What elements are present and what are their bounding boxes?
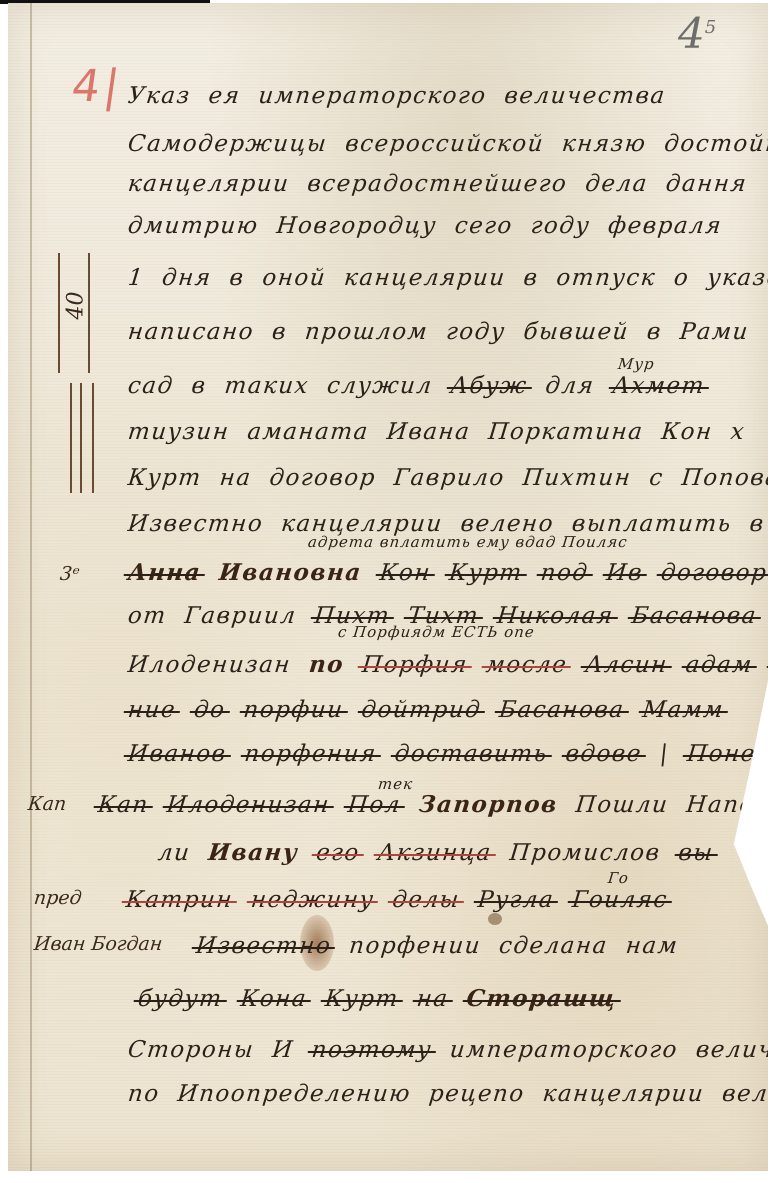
margin-note: Кап — [27, 793, 68, 815]
word: всероссийской — [344, 131, 545, 157]
word: дання — [665, 171, 749, 197]
struck-word: порфии — [242, 697, 345, 723]
word: указе — [706, 265, 780, 291]
word: сего — [454, 213, 515, 239]
struck-word: Кона — [239, 986, 308, 1012]
margin-note: Иван Богдан — [33, 933, 164, 955]
word: Напомни — [685, 792, 780, 818]
margin-vertical-note: 40 — [48, 253, 118, 493]
word: Илоденизан — [127, 652, 293, 678]
struck-word: Басанова — [630, 603, 758, 629]
manuscript-line: садвтакихслужилАбуждляАхмет — [127, 373, 725, 399]
word: дмитрию — [127, 213, 260, 239]
manuscript-line: АннаИвановнаКонКуртподИвдоговор — [127, 559, 780, 586]
margin-number: 40 — [64, 292, 89, 320]
word: в — [228, 265, 246, 291]
word: году — [529, 213, 591, 239]
word: в — [522, 265, 540, 291]
word: Запорпов — [418, 791, 560, 818]
manuscript-line: написановпрошломгодубывшейвРами — [127, 319, 769, 345]
word: бывшей — [522, 319, 630, 345]
word: прошлом — [304, 319, 430, 345]
word: императорского — [257, 83, 488, 109]
word: с — [648, 465, 665, 491]
struck-word: доставить — [393, 741, 549, 767]
word: в — [748, 511, 766, 537]
word: рецепо — [428, 1081, 526, 1107]
manuscript-line: КатриннеджинуделыРуглаГоиляс — [125, 887, 688, 913]
word: в — [271, 319, 289, 345]
word: служил — [326, 373, 434, 399]
word: велено — [721, 1081, 780, 1107]
struck-word: Анна — [127, 559, 203, 586]
word: на — [218, 465, 253, 491]
word: о — [673, 265, 691, 291]
manuscript-line: КапИлоденизанПолЗапорповПошлиНапомни — [97, 791, 780, 818]
word: князю — [561, 131, 648, 157]
word: Ипоопределению — [176, 1081, 412, 1107]
struck-word: адам — [684, 652, 754, 678]
manuscript-line: Самодержицывсероссийскойкнязюдостойно — [127, 131, 780, 157]
word: для — [544, 373, 596, 399]
word: | — [659, 741, 671, 767]
word: договор — [268, 465, 377, 491]
word: аманата — [246, 419, 370, 445]
word: Новгородцу — [275, 213, 438, 239]
word: Ивана — [386, 419, 472, 445]
word: таких — [223, 373, 310, 399]
word: ея — [207, 83, 242, 109]
struck-word: вы — [677, 840, 715, 866]
word: Поркатина — [487, 419, 645, 445]
struck-word: мосле — [484, 652, 568, 678]
word: канцелярии — [541, 1081, 705, 1107]
word: Пошли — [574, 792, 669, 818]
word: Указ — [127, 83, 192, 109]
word: Ивану — [207, 839, 300, 866]
word: Гаврило — [393, 465, 507, 491]
struck-word: Понеже — [686, 741, 780, 767]
word: сад — [127, 373, 175, 399]
manuscript-line: тиузинаманатаИванаПоркатинаКонх — [127, 419, 765, 445]
struck-word: Курт — [324, 986, 400, 1012]
struck-word: Кон — [378, 560, 432, 586]
word: Самодержицы — [127, 131, 329, 157]
manuscript-line: лиИвануегоАкзинцаПромисловвы — [157, 839, 733, 866]
word: Курт — [127, 465, 203, 491]
struck-word: Кап — [97, 792, 151, 818]
manuscript-line: будутКонаКуртнаСторашщ — [137, 985, 636, 1012]
struck-word: вдове — [564, 741, 643, 767]
folio-number-sup: 5 — [705, 17, 716, 38]
manuscript-line: Ивановпорфениядоставитьвдове|Понежебы — [127, 741, 780, 767]
struck-word: до — [193, 697, 227, 723]
word: достойно — [663, 131, 780, 157]
manuscript-line: КуртнадоговорГаврилоПихтинсПопова — [127, 465, 780, 491]
struck-word: Басанова — [498, 697, 626, 723]
word: в — [190, 373, 208, 399]
struck-word: на — [415, 986, 450, 1012]
word: дела — [584, 171, 649, 197]
word: в — [646, 319, 664, 345]
word: февраля — [607, 213, 724, 239]
manuscript-page: 4| 45 40 УказеяимператорскоговеличестваС… — [8, 3, 768, 1171]
word: отпуск — [555, 265, 657, 291]
struck-word: Ахмет — [611, 373, 706, 399]
word: ли — [157, 840, 192, 866]
word: дня — [161, 265, 213, 291]
struck-word: Катрин — [125, 887, 235, 913]
manuscript-line: дмитриюНовгородцусегогодуфевраля — [127, 213, 742, 239]
manuscript-line: 1днявонойканцеляриивотпускоуказе — [127, 265, 780, 291]
struck-word: его — [315, 840, 361, 866]
word: написано — [127, 319, 256, 345]
folio-number: 45 — [678, 9, 716, 58]
struck-word: Мамм — [641, 697, 725, 723]
interlinear-note: тек — [377, 775, 414, 793]
word: х — [729, 419, 746, 445]
manuscript-line: ниедопорфиидойтридБасановаМамм — [127, 697, 744, 723]
struck-word: Иванов — [127, 741, 228, 767]
word: канцелярии — [127, 171, 291, 197]
struck-word: Акзинца — [376, 840, 493, 866]
struck-word: Сторашщ — [465, 985, 618, 1012]
interlinear-note: Го — [607, 869, 630, 887]
red-pencil-mark: 4| — [68, 61, 126, 112]
manuscript-line: канцеляриивсерадостнейшегоделадання — [127, 171, 767, 197]
struck-word: будут — [137, 986, 224, 1012]
struck-word: неджину — [250, 887, 376, 913]
word: нам — [625, 933, 680, 959]
struck-word: под — [539, 560, 589, 586]
word: от — [127, 603, 168, 629]
word: Ивановна — [218, 559, 363, 586]
word: всерадостнейшего — [306, 171, 569, 197]
struck-word: ние — [127, 697, 178, 723]
word: по — [127, 1081, 161, 1107]
word: оной — [261, 265, 327, 291]
word: Известно — [127, 511, 265, 537]
word: Пихтин — [521, 465, 632, 491]
word: канцелярии — [343, 265, 507, 291]
struck-word: договор — [660, 560, 769, 586]
interlinear-note: адрета вплатить ему вдад Поиляс — [307, 533, 629, 551]
struck-word: хож — [770, 652, 780, 678]
struck-word: порфения — [243, 741, 378, 767]
word: сделана — [498, 933, 610, 959]
manuscript-line: ИлоденизанпоПорфиямослеАлсинадамхож — [127, 651, 780, 678]
word: И — [271, 1037, 295, 1063]
struck-word: Алсин — [584, 652, 669, 678]
struck-word: Ив — [605, 560, 644, 586]
word: величества — [503, 83, 667, 109]
interlinear-note: Мур — [617, 355, 656, 373]
word: Промислов — [508, 840, 662, 866]
manuscript-line: Указеяимператорскоговеличества — [127, 83, 685, 109]
word: Гавриил — [183, 603, 298, 629]
folio-number-main: 4 — [678, 9, 705, 58]
word: тиузин — [127, 419, 231, 445]
word: Попова — [680, 465, 780, 491]
word: Рами — [679, 319, 751, 345]
word: по — [308, 651, 346, 678]
margin-note: 3ᵉ — [59, 563, 81, 585]
word: Стороны — [127, 1037, 256, 1063]
word: Кон — [660, 419, 714, 445]
margin-rule — [30, 3, 32, 1171]
struck-word: дойтрид — [360, 697, 482, 723]
manuscript-line: поИпоопределениюрецепоканцеляриивелено — [127, 1081, 780, 1107]
word: году — [445, 319, 507, 345]
manuscript-line: СтороныИпоэтомуимператорскоговеличества — [127, 1037, 780, 1063]
word: величества — [695, 1037, 780, 1063]
struck-word: Абуж — [449, 373, 529, 399]
interlinear-note: с Порфиядм ЕСТЬ опе — [337, 623, 536, 641]
word: порфении — [348, 933, 483, 959]
struck-word: Порфия — [361, 652, 469, 678]
ink-blot — [488, 913, 502, 925]
struck-word: поэтому — [310, 1037, 433, 1063]
struck-word: Известно — [195, 933, 333, 959]
struck-word: Гоиляс — [571, 887, 669, 913]
manuscript-line: Известнопорфениисделананам — [195, 933, 698, 959]
struck-word: Пол — [347, 792, 403, 818]
word: императорского — [449, 1037, 680, 1063]
struck-word: Курт — [448, 560, 524, 586]
struck-word: Илоденизан — [165, 792, 331, 818]
struck-word: делы — [391, 887, 461, 913]
word: 1 — [127, 265, 146, 291]
margin-note: пред — [33, 887, 83, 909]
struck-word: Ругла — [477, 887, 556, 913]
